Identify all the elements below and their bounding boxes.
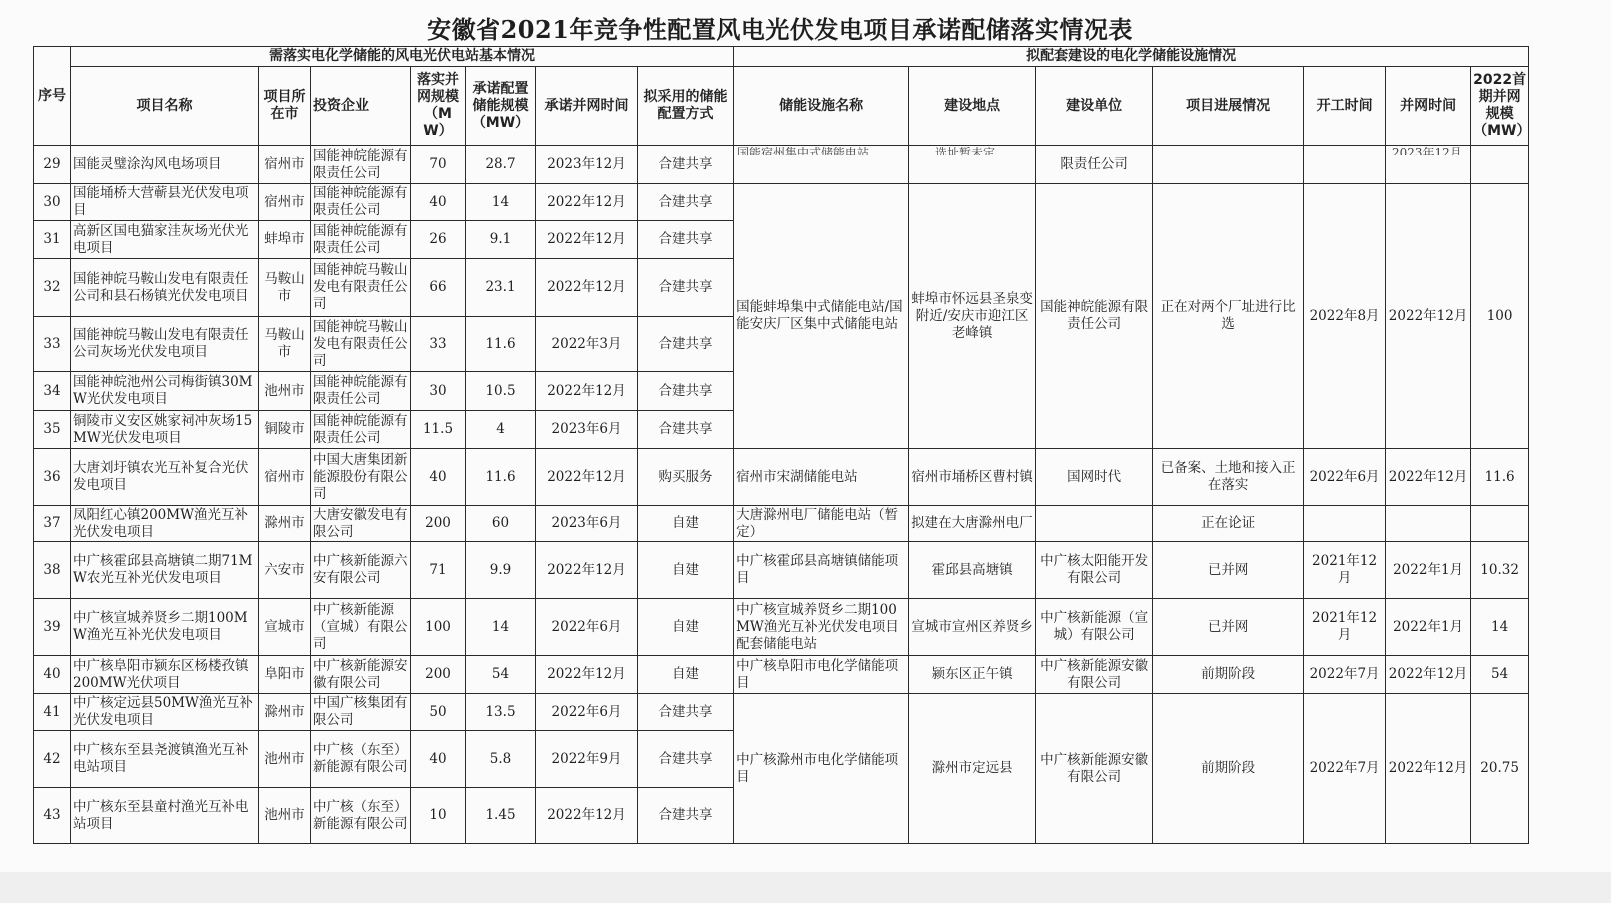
col-header-progress: 项目进展情况 bbox=[1153, 67, 1304, 146]
cell-connect-time: 2022年1月 bbox=[1386, 599, 1471, 656]
cell-investor: 中广核新能源（宣城）有限公司 bbox=[311, 599, 411, 656]
cell-city: 阜阳市 bbox=[259, 656, 311, 694]
cell-connect-time: 2022年12月 bbox=[1386, 656, 1471, 694]
cell-city: 滁州市 bbox=[259, 506, 311, 542]
cell-connect-time: 2022年12月 bbox=[1386, 184, 1471, 449]
cell-city: 池州市 bbox=[259, 731, 311, 788]
group-header-power-station: 需落实电化学储能的风电光伏电站基本情况 bbox=[71, 47, 734, 67]
cell-scale-2022: 20.75 bbox=[1471, 694, 1529, 844]
cell-progress: 前期阶段 bbox=[1153, 656, 1304, 694]
cell-project-name: 高新区国电猫家洼灰场光伏光电项目 bbox=[71, 221, 259, 259]
cell-progress: 已备案、土地和接入正在落实 bbox=[1153, 449, 1304, 506]
cell-storage-mode: 合建共享 bbox=[638, 317, 734, 372]
cell-storage-mode: 合建共享 bbox=[638, 372, 734, 411]
cell-city: 宿州市 bbox=[259, 449, 311, 506]
cell-index: 31 bbox=[34, 221, 71, 259]
group-header-storage-facility: 拟配套建设的电化学储能设施情况 bbox=[734, 47, 1529, 67]
cell-scale-2022: 54 bbox=[1471, 656, 1529, 694]
cell-city: 滁州市 bbox=[259, 694, 311, 731]
cell-city: 池州市 bbox=[259, 788, 311, 844]
cell-investor: 中国大唐集团新能源股份有限公司 bbox=[311, 449, 411, 506]
cell-storage-mode: 自建 bbox=[638, 599, 734, 656]
cell-index: 29 bbox=[34, 146, 71, 184]
cell-grid-time: 2022年9月 bbox=[536, 731, 638, 788]
cell-grid-scale: 200 bbox=[411, 656, 466, 694]
cell-city: 蚌埠市 bbox=[259, 221, 311, 259]
cell-investor: 中广核新能源安徽有限公司 bbox=[311, 656, 411, 694]
cell-progress: 已并网 bbox=[1153, 599, 1304, 656]
cell-start-time bbox=[1304, 146, 1386, 184]
cell-start-time: 2022年7月 bbox=[1304, 694, 1386, 844]
table-row: 30 国能埇桥大营蕲县光伏发电项目 宿州市 国能神皖能源有限责任公司 40 14… bbox=[34, 184, 1529, 221]
cell-storage-mode: 自建 bbox=[638, 542, 734, 599]
cell-index: 30 bbox=[34, 184, 71, 221]
cell-storage-scale: 54 bbox=[466, 656, 536, 694]
cell-start-time: 2021年12月 bbox=[1304, 599, 1386, 656]
cell-connect-time: 2022年12月 bbox=[1386, 694, 1471, 844]
cell-location: 滁州市定远县 bbox=[909, 694, 1036, 844]
cell-storage-scale: 5.8 bbox=[466, 731, 536, 788]
cell-index: 38 bbox=[34, 542, 71, 599]
cell-project-name: 中广核阜阳市颍东区杨楼孜镇200MW光伏项目 bbox=[71, 656, 259, 694]
cell-project-name: 大唐刘圩镇农光互补复合光伏发电项目 bbox=[71, 449, 259, 506]
cell-project-name: 国能神皖马鞍山发电有限责任公司灰场光伏发电项目 bbox=[71, 317, 259, 372]
cell-storage-scale: 9.9 bbox=[466, 542, 536, 599]
cell-city: 六安市 bbox=[259, 542, 311, 599]
cell-grid-time: 2022年12月 bbox=[536, 259, 638, 317]
cell-progress: 前期阶段 bbox=[1153, 694, 1304, 844]
table-row: 29 国能灵璧涂沟风电场项目 宿州市 国能神皖能源有限责任公司 70 28.7 … bbox=[34, 146, 1529, 184]
cell-location: 拟建在大唐滁州电厂 bbox=[909, 506, 1036, 542]
col-header-grid-scale: 落实并网规模（MW） bbox=[411, 67, 466, 146]
cell-grid-scale: 70 bbox=[411, 146, 466, 184]
cell-project-name: 中广核定远县50MW渔光互补光伏发电项目 bbox=[71, 694, 259, 731]
cell-storage-scale: 14 bbox=[466, 184, 536, 221]
cell-location: 宣城市宣州区养贤乡 bbox=[909, 599, 1036, 656]
cell-city: 马鞍山市 bbox=[259, 317, 311, 372]
cell-grid-scale: 11.5 bbox=[411, 411, 466, 449]
cell-storage-mode: 合建共享 bbox=[638, 411, 734, 449]
cell-grid-scale: 71 bbox=[411, 542, 466, 599]
cell-city: 马鞍山市 bbox=[259, 259, 311, 317]
cell-connect-time: 2022年12月 bbox=[1386, 449, 1471, 506]
cell-city: 宣城市 bbox=[259, 599, 311, 656]
cell-storage-mode: 合建共享 bbox=[638, 259, 734, 317]
cell-storage-scale: 4 bbox=[466, 411, 536, 449]
cell-facility-name: 中广核滁州市电化学储能项目 bbox=[734, 694, 909, 844]
cell-storage-scale: 11.6 bbox=[466, 449, 536, 506]
cell-start-time: 2021年12月 bbox=[1304, 542, 1386, 599]
cell-storage-scale: 14 bbox=[466, 599, 536, 656]
cell-investor: 中广核（东至）新能源有限公司 bbox=[311, 788, 411, 844]
cell-city: 宿州市 bbox=[259, 146, 311, 184]
cell-facility-name: 中广核宣城养贤乡二期100MW渔光互补光伏发电项目配套储能电站 bbox=[734, 599, 909, 656]
cell-project-name: 中广核东至县尧渡镇渔光互补电站项目 bbox=[71, 731, 259, 788]
cell-grid-scale: 30 bbox=[411, 372, 466, 411]
cell-scale-2022: 10.32 bbox=[1471, 542, 1529, 599]
cell-grid-time: 2023年6月 bbox=[536, 411, 638, 449]
cell-progress: 已并网 bbox=[1153, 542, 1304, 599]
storage-commitment-table: 序号 需落实电化学储能的风电光伏电站基本情况 拟配套建设的电化学储能设施情况 项… bbox=[33, 46, 1529, 844]
cell-grid-time: 2022年3月 bbox=[536, 317, 638, 372]
cell-index: 33 bbox=[34, 317, 71, 372]
cell-location bbox=[909, 146, 1036, 184]
cell-grid-time: 2023年12月 bbox=[536, 146, 638, 184]
col-header-builder: 建设单位 bbox=[1036, 67, 1153, 146]
cell-grid-scale: 40 bbox=[411, 731, 466, 788]
cell-index: 32 bbox=[34, 259, 71, 317]
cell-builder: 中广核新能源安徽有限公司 bbox=[1036, 694, 1153, 844]
cell-investor: 国能神皖能源有限责任公司 bbox=[311, 372, 411, 411]
cell-grid-time: 2022年6月 bbox=[536, 694, 638, 731]
cell-investor: 中广核新能源六安有限公司 bbox=[311, 542, 411, 599]
cell-location: 颍东区正午镇 bbox=[909, 656, 1036, 694]
cell-investor: 国能神皖马鞍山发电有限责任公司 bbox=[311, 317, 411, 372]
cell-grid-scale: 33 bbox=[411, 317, 466, 372]
col-header-start-time: 开工时间 bbox=[1304, 67, 1386, 146]
col-header-location: 建设地点 bbox=[909, 67, 1036, 146]
cell-index: 39 bbox=[34, 599, 71, 656]
cell-storage-scale: 10.5 bbox=[466, 372, 536, 411]
cell-storage-mode: 合建共享 bbox=[638, 221, 734, 259]
cell-city: 宿州市 bbox=[259, 184, 311, 221]
col-header-storage-mode: 拟采用的储能配置方式 bbox=[638, 67, 734, 146]
cell-project-name: 中广核东至县童村渔光互补电站项目 bbox=[71, 788, 259, 844]
cell-grid-time: 2022年12月 bbox=[536, 449, 638, 506]
table-row: 37 凤阳红心镇200MW渔光互补光伏发电项目 滁州市 大唐安徽发电有限公司 2… bbox=[34, 506, 1529, 542]
cell-project-name: 国能埇桥大营蕲县光伏发电项目 bbox=[71, 184, 259, 221]
cell-connect-time bbox=[1386, 506, 1471, 542]
cell-grid-scale: 40 bbox=[411, 449, 466, 506]
cell-storage-scale: 1.45 bbox=[466, 788, 536, 844]
col-header-connect-time: 并网时间 bbox=[1386, 67, 1471, 146]
table-row: 40 中广核阜阳市颍东区杨楼孜镇200MW光伏项目 阜阳市 中广核新能源安徽有限… bbox=[34, 656, 1529, 694]
cell-storage-mode: 购买服务 bbox=[638, 449, 734, 506]
cell-connect-time bbox=[1386, 146, 1471, 184]
cell-storage-scale: 60 bbox=[466, 506, 536, 542]
cell-builder: 国能神皖能源有限责任公司 bbox=[1036, 184, 1153, 449]
cell-project-name: 中广核霍邱县高塘镇二期71MW农光互补光伏发电项目 bbox=[71, 542, 259, 599]
page-bottom-margin bbox=[0, 872, 1611, 903]
cell-investor: 大唐安徽发电有限公司 bbox=[311, 506, 411, 542]
cell-storage-scale: 11.6 bbox=[466, 317, 536, 372]
cell-scale-2022 bbox=[1471, 146, 1529, 184]
document-title: 安徽省2021年竞争性配置风电光伏发电项目承诺配储落实情况表 bbox=[0, 10, 1560, 45]
cell-location: 蚌埠市怀远县圣泉变附近/安庆市迎江区老峰镇 bbox=[909, 184, 1036, 449]
cell-grid-scale: 26 bbox=[411, 221, 466, 259]
cell-investor: 中广核（东至）新能源有限公司 bbox=[311, 731, 411, 788]
cell-grid-time: 2023年6月 bbox=[536, 506, 638, 542]
cell-grid-time: 2022年12月 bbox=[536, 656, 638, 694]
cell-start-time: 2022年8月 bbox=[1304, 184, 1386, 449]
cell-storage-mode: 合建共享 bbox=[638, 788, 734, 844]
table-row: 36 大唐刘圩镇农光互补复合光伏发电项目 宿州市 中国大唐集团新能源股份有限公司… bbox=[34, 449, 1529, 506]
cell-storage-mode: 合建共享 bbox=[638, 694, 734, 731]
table-row: 38 中广核霍邱县高塘镇二期71MW农光互补光伏发电项目 六安市 中广核新能源六… bbox=[34, 542, 1529, 599]
cell-builder: 中广核太阳能开发有限公司 bbox=[1036, 542, 1153, 599]
cell-start-time bbox=[1304, 506, 1386, 542]
cell-scale-2022 bbox=[1471, 506, 1529, 542]
cell-grid-time: 2022年12月 bbox=[536, 221, 638, 259]
cell-start-time: 2022年6月 bbox=[1304, 449, 1386, 506]
cell-storage-mode: 自建 bbox=[638, 506, 734, 542]
col-header-investor: 投资企业 bbox=[311, 67, 411, 146]
cell-investor: 中国广核集团有限公司 bbox=[311, 694, 411, 731]
cell-project-name: 铜陵市义安区姚家祠冲灰场15MW光伏发电项目 bbox=[71, 411, 259, 449]
cell-progress: 正在论证 bbox=[1153, 506, 1304, 542]
table-row: 39 中广核宣城养贤乡二期100MW渔光互补光伏发电项目 宣城市 中广核新能源（… bbox=[34, 599, 1529, 656]
cell-index: 40 bbox=[34, 656, 71, 694]
cell-builder bbox=[1036, 506, 1153, 542]
col-header-scale-2022: 2022首期并网规模（MW） bbox=[1471, 67, 1529, 146]
document-page: 安徽省2021年竞争性配置风电光伏发电项目承诺配储落实情况表 国能宿州集中式储能… bbox=[0, 0, 1611, 872]
cell-facility-name: 中广核霍邱县高塘镇储能项目 bbox=[734, 542, 909, 599]
cell-builder: 限责任公司 bbox=[1036, 146, 1153, 184]
cell-facility-name: 宿州市宋湖储能电站 bbox=[734, 449, 909, 506]
cell-index: 41 bbox=[34, 694, 71, 731]
cell-investor: 国能神皖能源有限责任公司 bbox=[311, 411, 411, 449]
cell-scale-2022: 11.6 bbox=[1471, 449, 1529, 506]
cell-storage-scale: 9.1 bbox=[466, 221, 536, 259]
cell-grid-scale: 50 bbox=[411, 694, 466, 731]
cell-index: 35 bbox=[34, 411, 71, 449]
cell-progress: 正在对两个厂址进行比选 bbox=[1153, 184, 1304, 449]
cell-grid-time: 2022年12月 bbox=[536, 542, 638, 599]
cell-investor: 国能神皖马鞍山发电有限责任公司 bbox=[311, 259, 411, 317]
cell-storage-mode: 合建共享 bbox=[638, 731, 734, 788]
cell-scale-2022: 14 bbox=[1471, 599, 1529, 656]
cell-storage-scale: 28.7 bbox=[466, 146, 536, 184]
col-header-grid-time: 承诺并网时间 bbox=[536, 67, 638, 146]
cell-index: 37 bbox=[34, 506, 71, 542]
cell-grid-time: 2022年6月 bbox=[536, 599, 638, 656]
cell-city: 池州市 bbox=[259, 372, 311, 411]
cell-grid-scale: 100 bbox=[411, 599, 466, 656]
cell-builder: 国网时代 bbox=[1036, 449, 1153, 506]
cell-builder: 中广核新能源安徽有限公司 bbox=[1036, 656, 1153, 694]
cell-project-name: 凤阳红心镇200MW渔光互补光伏发电项目 bbox=[71, 506, 259, 542]
cell-start-time: 2022年7月 bbox=[1304, 656, 1386, 694]
cell-project-name: 国能神皖池州公司梅街镇30MW光伏发电项目 bbox=[71, 372, 259, 411]
cell-project-name: 中广核宣城养贤乡二期100MW渔光互补光伏发电项目 bbox=[71, 599, 259, 656]
cell-investor: 国能神皖能源有限责任公司 bbox=[311, 184, 411, 221]
cell-facility-name: 大唐滁州电厂储能电站（暂定） bbox=[734, 506, 909, 542]
cell-storage-mode: 自建 bbox=[638, 656, 734, 694]
cell-grid-scale: 10 bbox=[411, 788, 466, 844]
cell-facility-name: 中广核阜阳市电化学储能项目 bbox=[734, 656, 909, 694]
cell-progress bbox=[1153, 146, 1304, 184]
cell-investor: 国能神皖能源有限责任公司 bbox=[311, 221, 411, 259]
cell-city: 铜陵市 bbox=[259, 411, 311, 449]
col-header-index: 序号 bbox=[34, 47, 71, 146]
cell-storage-mode: 合建共享 bbox=[638, 146, 734, 184]
cell-connect-time: 2022年1月 bbox=[1386, 542, 1471, 599]
cell-scale-2022: 100 bbox=[1471, 184, 1529, 449]
cell-index: 36 bbox=[34, 449, 71, 506]
col-header-project-name: 项目名称 bbox=[71, 67, 259, 146]
cell-project-name: 国能神皖马鞍山发电有限责任公司和县石杨镇光伏发电项目 bbox=[71, 259, 259, 317]
table-row: 41 中广核定远县50MW渔光互补光伏发电项目 滁州市 中国广核集团有限公司 5… bbox=[34, 694, 1529, 731]
cell-grid-time: 2022年12月 bbox=[536, 788, 638, 844]
cell-facility-name: 国能蚌埠集中式储能电站/国能安庆厂区集中式储能电站 bbox=[734, 184, 909, 449]
col-header-city: 项目所在市 bbox=[259, 67, 311, 146]
cell-grid-scale: 40 bbox=[411, 184, 466, 221]
cell-location: 宿州市埇桥区曹村镇 bbox=[909, 449, 1036, 506]
col-header-storage-scale: 承诺配置储能规模（MW） bbox=[466, 67, 536, 146]
cell-project-name: 国能灵璧涂沟风电场项目 bbox=[71, 146, 259, 184]
cell-grid-time: 2022年12月 bbox=[536, 372, 638, 411]
cell-index: 43 bbox=[34, 788, 71, 844]
cell-index: 34 bbox=[34, 372, 71, 411]
cell-grid-time: 2022年12月 bbox=[536, 184, 638, 221]
cell-grid-scale: 200 bbox=[411, 506, 466, 542]
cell-grid-scale: 66 bbox=[411, 259, 466, 317]
cell-storage-scale: 23.1 bbox=[466, 259, 536, 317]
cell-storage-scale: 13.5 bbox=[466, 694, 536, 731]
cell-storage-mode: 合建共享 bbox=[638, 184, 734, 221]
col-header-facility-name: 储能设施名称 bbox=[734, 67, 909, 146]
cell-facility-name bbox=[734, 146, 909, 184]
cell-builder: 中广核新能源（宣城）有限公司 bbox=[1036, 599, 1153, 656]
cell-investor: 国能神皖能源有限责任公司 bbox=[311, 146, 411, 184]
cell-index: 42 bbox=[34, 731, 71, 788]
cell-location: 霍邱县高塘镇 bbox=[909, 542, 1036, 599]
